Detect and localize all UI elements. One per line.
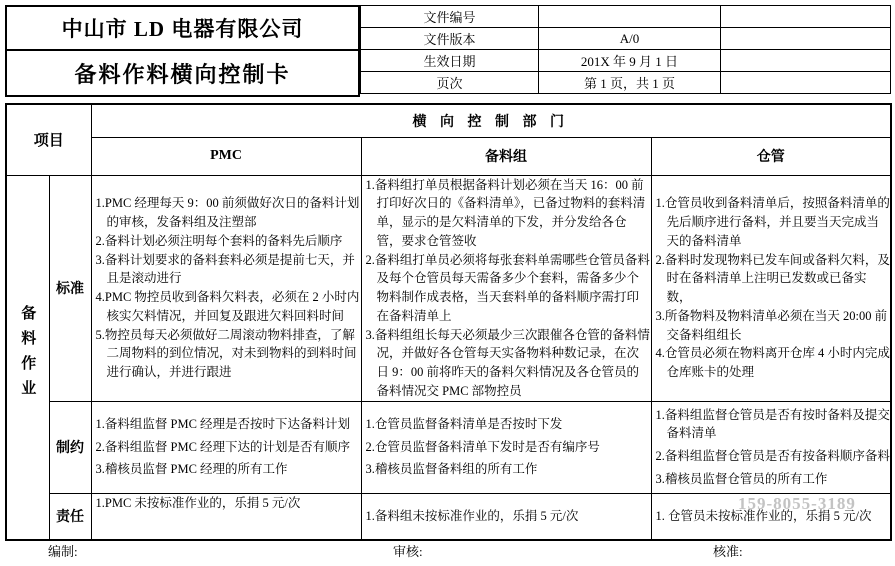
dept-header-beiliao: 备料组 <box>361 137 651 175</box>
responsibility-cangguan-cell: 1. 仓管员未按标准作业的，乐捐 5 元/次 <box>651 493 891 540</box>
row-label-standard: 标准 <box>49 175 91 401</box>
standard-pmc-cell: 1.PMC 经理每天 9：00 前须做好次日的备料计划的审核，发备料组及注塑部 … <box>91 175 361 401</box>
control-header-row: 项目 横 向 控 制 部 门 <box>6 104 891 137</box>
meta-value: A/0 <box>539 28 721 50</box>
responsibility-beiliao-cell: 1.备料组未按标准作业的，乐捐 5 元/次 <box>361 493 651 540</box>
responsibility-pmc-cell: 1.PMC 未按标准作业的，乐捐 5 元/次 <box>91 493 361 540</box>
standard-cangguan-cell: 1.仓管员收到备料清单后，按照备料清单的先后顺序进行备料，并且要当天完成当天的备… <box>651 175 891 401</box>
meta-value <box>539 6 721 28</box>
meta-table: 文件编号 文件版本 A/0 生效日期 201X 年 9 月 1 日 页次 第 1… <box>360 5 891 94</box>
approved-by-label: 核准: <box>713 541 743 560</box>
list-item: 1.备料组未按标准作业的，乐捐 5 元/次 <box>362 507 651 526</box>
constraint-row: 制约 1.备料组监督 PMC 经理是否按时下达备料计划 2.备料组监督 PMC … <box>6 401 891 493</box>
meta-extra-cell <box>721 28 891 50</box>
list-item: 5.物控员每天必须做好二周滚动物料排查，了解二周物料的到位情况，对未到物料的到料… <box>92 326 361 382</box>
list-item: 1.仓管员监督备料清单是否按时下发 <box>362 415 651 434</box>
department-header-row: PMC 备料组 仓管 <box>6 137 891 175</box>
list-item: 4.仓管员必须在物料离开仓库 4 小时内完成仓库账卡的处理 <box>652 344 891 382</box>
meta-row-doc-number: 文件编号 <box>361 6 891 28</box>
list-item: 1.仓管员收到备料清单后，按照备料清单的先后顺序进行备料，并且要当天完成当天的备… <box>652 194 891 250</box>
meta-value: 201X 年 9 月 1 日 <box>539 50 721 72</box>
control-table: 项目 横 向 控 制 部 门 PMC 备料组 仓管 备料作业 标准 1.PMC … <box>5 103 892 541</box>
list-item: 1.备料组打单员根据备料计划必须在当天 16：00 前打印好次日的《备料清单》，… <box>362 176 651 251</box>
meta-label: 生效日期 <box>361 50 539 72</box>
list-item: 3.稽核员监督 PMC 经理的所有工作 <box>92 460 361 479</box>
item-header-cell: 项目 <box>6 104 91 175</box>
list-item: 3.备料组组长每天必须最少三次跟催各仓管的备料情况，并做好各仓管每天实备物料种数… <box>362 326 651 401</box>
list-item: 1.备料组监督仓管员是否有按时备料及提交备料清单 <box>652 406 891 444</box>
list-item: 3.所备物料及物料清单必须在当天 20:00 前交备料组组长 <box>652 307 891 345</box>
row-label-constraint: 制约 <box>49 401 91 493</box>
list-item: 2.备料组打单员必须将每张套料单需哪些仓管员备料及每个仓管员每天需备多少个套料，… <box>362 251 651 326</box>
reviewed-by-label: 审核: <box>393 541 423 560</box>
list-item: 2.备料组监督仓管员是否有按备料顺序备料 <box>652 447 891 466</box>
standard-beiliao-cell: 1.备料组打单员根据备料计划必须在当天 16：00 前打印好次日的《备料清单》，… <box>361 175 651 401</box>
meta-value: 第 1 页，共 1 页 <box>539 72 721 94</box>
row-label-responsibility: 责任 <box>49 493 91 540</box>
list-item: 1.PMC 经理每天 9：00 前须做好次日的备料计划的审核，发备料组及注塑部 <box>92 194 361 232</box>
list-item: 2.备料计划必须注明每个套料的备料先后顺序 <box>92 232 361 251</box>
constraint-beiliao-cell: 1.仓管员监督备料清单是否按时下发 2.仓管员监督备料清单下发时是否有编序号 3… <box>361 401 651 493</box>
meta-label: 文件版本 <box>361 28 539 50</box>
list-item: 3.备料计划要求的备料套料必须是提前七天，并且是滚动进行 <box>92 251 361 289</box>
meta-row-doc-version: 文件版本 A/0 <box>361 28 891 50</box>
list-item: 1.PMC 未按标准作业的，乐捐 5 元/次 <box>92 494 361 513</box>
list-item: 2.仓管员监督备料清单下发时是否有编序号 <box>362 438 651 457</box>
header-block: 中山市 LD 电器有限公司 备料作料横向控制卡 <box>5 5 360 97</box>
standard-row: 备料作业 标准 1.PMC 经理每天 9：00 前须做好次日的备料计划的审核，发… <box>6 175 891 401</box>
list-item: 3.稽核员监督仓管员的所有工作 <box>652 470 891 489</box>
meta-row-effective-date: 生效日期 201X 年 9 月 1 日 <box>361 50 891 72</box>
list-item: 1.备料组监督 PMC 经理是否按时下达备料计划 <box>92 415 361 434</box>
activity-label: 备料作业 <box>17 305 38 405</box>
list-item: 3.稽核员监督备料组的所有工作 <box>362 460 651 479</box>
dept-header-pmc: PMC <box>91 137 361 175</box>
meta-row-page: 页次 第 1 页，共 1 页 <box>361 72 891 94</box>
control-departments-header: 横 向 控 制 部 门 <box>91 104 891 137</box>
meta-label: 页次 <box>361 72 539 94</box>
document-title: 备料作料横向控制卡 <box>7 51 358 95</box>
activity-label-cell: 备料作业 <box>6 175 49 540</box>
prepared-by-label: 编制: <box>48 541 78 560</box>
meta-extra-cell <box>721 50 891 72</box>
responsibility-row: 责任 1.PMC 未按标准作业的，乐捐 5 元/次 1.备料组未按标准作业的，乐… <box>6 493 891 540</box>
list-item: 2.备料组监督 PMC 经理下达的计划是否有顺序 <box>92 438 361 457</box>
meta-extra-cell <box>721 6 891 28</box>
dept-header-cangguan: 仓管 <box>651 137 891 175</box>
list-item: 4.PMC 物控员收到备料欠料表，必须在 2 小时内核实欠料情况，并回复及跟进欠… <box>92 288 361 326</box>
constraint-cangguan-cell: 1.备料组监督仓管员是否有按时备料及提交备料清单 2.备料组监督仓管员是否有按备… <box>651 401 891 493</box>
constraint-pmc-cell: 1.备料组监督 PMC 经理是否按时下达备料计划 2.备料组监督 PMC 经理下… <box>91 401 361 493</box>
list-item: 2.备料时发现物料已发车间或备料欠料，及时在备料清单上注明已发数或已备实数， <box>652 251 891 307</box>
meta-label: 文件编号 <box>361 6 539 28</box>
document-page: 中山市 LD 电器有限公司 备料作料横向控制卡 文件编号 文件版本 A/0 生效… <box>0 0 895 566</box>
list-item: 1. 仓管员未按标准作业的，乐捐 5 元/次 <box>652 507 891 526</box>
meta-extra-cell <box>721 72 891 94</box>
company-name: 中山市 LD 电器有限公司 <box>7 7 358 51</box>
